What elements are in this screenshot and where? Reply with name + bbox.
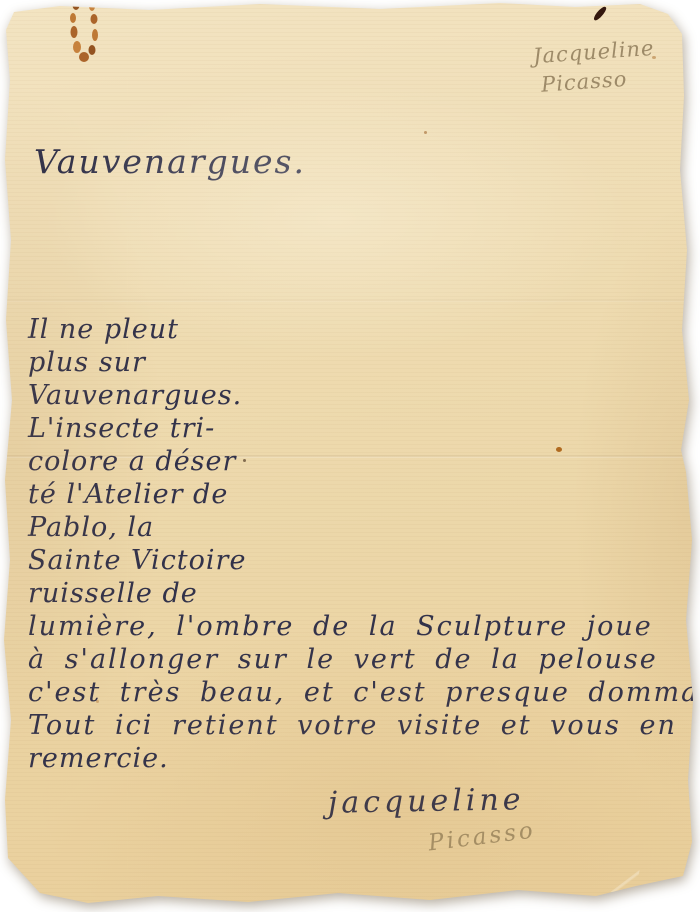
fold-crease-upper: [0, 299, 700, 302]
paper-shadow-wrap: Jacqueline Picasso Vauvenargues. Il ne p…: [0, 0, 700, 912]
body-line: Sainte Victoire: [28, 544, 700, 577]
signature-ink: jacqueline: [328, 782, 525, 820]
rust-stain: [62, 0, 108, 68]
body-line: plus sur: [28, 346, 700, 379]
body-line: lumière, l'ombre de la Sculpture joue: [28, 610, 700, 643]
body-line: Il ne pleut: [28, 313, 700, 346]
letter-heading: Vauvenargues.: [34, 142, 306, 181]
body-line: remercie.: [28, 742, 700, 775]
ink-blot: [592, 5, 607, 22]
signature-pencil: Picasso: [427, 818, 537, 857]
body-line: Tout ici retient votre visite et vous en: [28, 709, 700, 742]
letter-paper: Jacqueline Picasso Vauvenargues. Il ne p…: [0, 0, 700, 912]
body-line: L'insecte tri-: [28, 412, 700, 445]
body-line: colore a déser: [28, 445, 700, 478]
body-line: à s'allonger sur le vert de la pelouse: [28, 643, 700, 676]
foxing-spot: [424, 131, 427, 134]
body-line: Pablo, la: [28, 511, 700, 544]
corner-crease: [610, 866, 639, 895]
body-line: c'est très beau, et c'est presque dommag…: [28, 676, 700, 709]
pencil-annotation: Jacqueline Picasso: [532, 34, 657, 100]
body-line: té l'Atelier de: [28, 478, 700, 511]
body-line: ruisselle de: [28, 577, 700, 610]
body-line: Vauvenargues.: [28, 379, 700, 412]
photo-background: Jacqueline Picasso Vauvenargues. Il ne p…: [0, 0, 700, 912]
letter-body: Il ne pleut plus sur Vauvenargues. L'ins…: [28, 313, 700, 775]
